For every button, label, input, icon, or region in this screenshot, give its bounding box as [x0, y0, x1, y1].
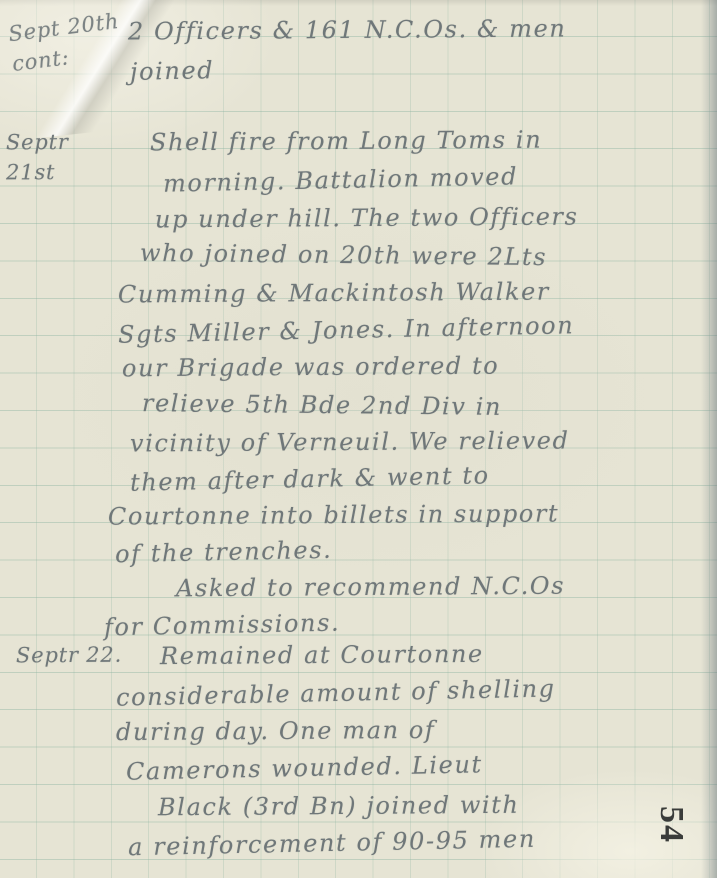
handwritten-line: Sgts Miller & Jones. In afternoon: [118, 311, 575, 349]
handwritten-line: who joined on 20th were 2Lts: [140, 239, 547, 271]
handwritten-line: 2 Officers & 161 N.C.Os. & men: [128, 14, 567, 45]
handwritten-line: morning. Battalion moved: [163, 162, 519, 197]
margin-date: Septr 21st: [6, 127, 124, 189]
handwritten-line: relieve 5th Bde 2nd Div in: [142, 389, 502, 421]
handwritten-line: Courtonne into billets in support: [108, 499, 559, 530]
handwritten-line: vicinity of Verneuil. We relieved: [130, 426, 570, 457]
handwritten-line: a reinforcement of 90-95 men: [128, 825, 536, 862]
handwritten-line: Remained at Courtonne: [160, 640, 484, 670]
handwritten-line: Camerons wounded. Lieut: [126, 750, 483, 785]
handwritten-line: joined: [130, 56, 215, 86]
handwritten-line: up under hill. The two Officers: [155, 203, 579, 234]
diary-page: Sept 20th cont: 2 Officers & 161 N.C.Os.…: [0, 0, 717, 878]
handwritten-line: for Commissions.: [104, 609, 341, 642]
handwritten-line: Asked to recommend N.C.Os: [176, 572, 565, 603]
handwritten-line: considerable amount of shelling: [116, 674, 556, 711]
handwritten-line: Cumming & Mackintosh Walker: [118, 277, 550, 308]
handwritten-line: them after dark & went to: [130, 461, 490, 497]
margin-date: Septr 22.: [16, 640, 134, 671]
handwritten-line: during day. One man of: [116, 716, 436, 746]
page-number: 54: [652, 806, 690, 844]
handwritten-line: Black (3rd Bn) joined with: [158, 791, 520, 822]
handwritten-line: Shell fire from Long Toms in: [150, 126, 542, 157]
handwritten-line: of the trenches.: [115, 536, 333, 569]
page-edge: [701, 0, 717, 878]
handwritten-line: our Brigade was ordered to: [122, 352, 499, 383]
